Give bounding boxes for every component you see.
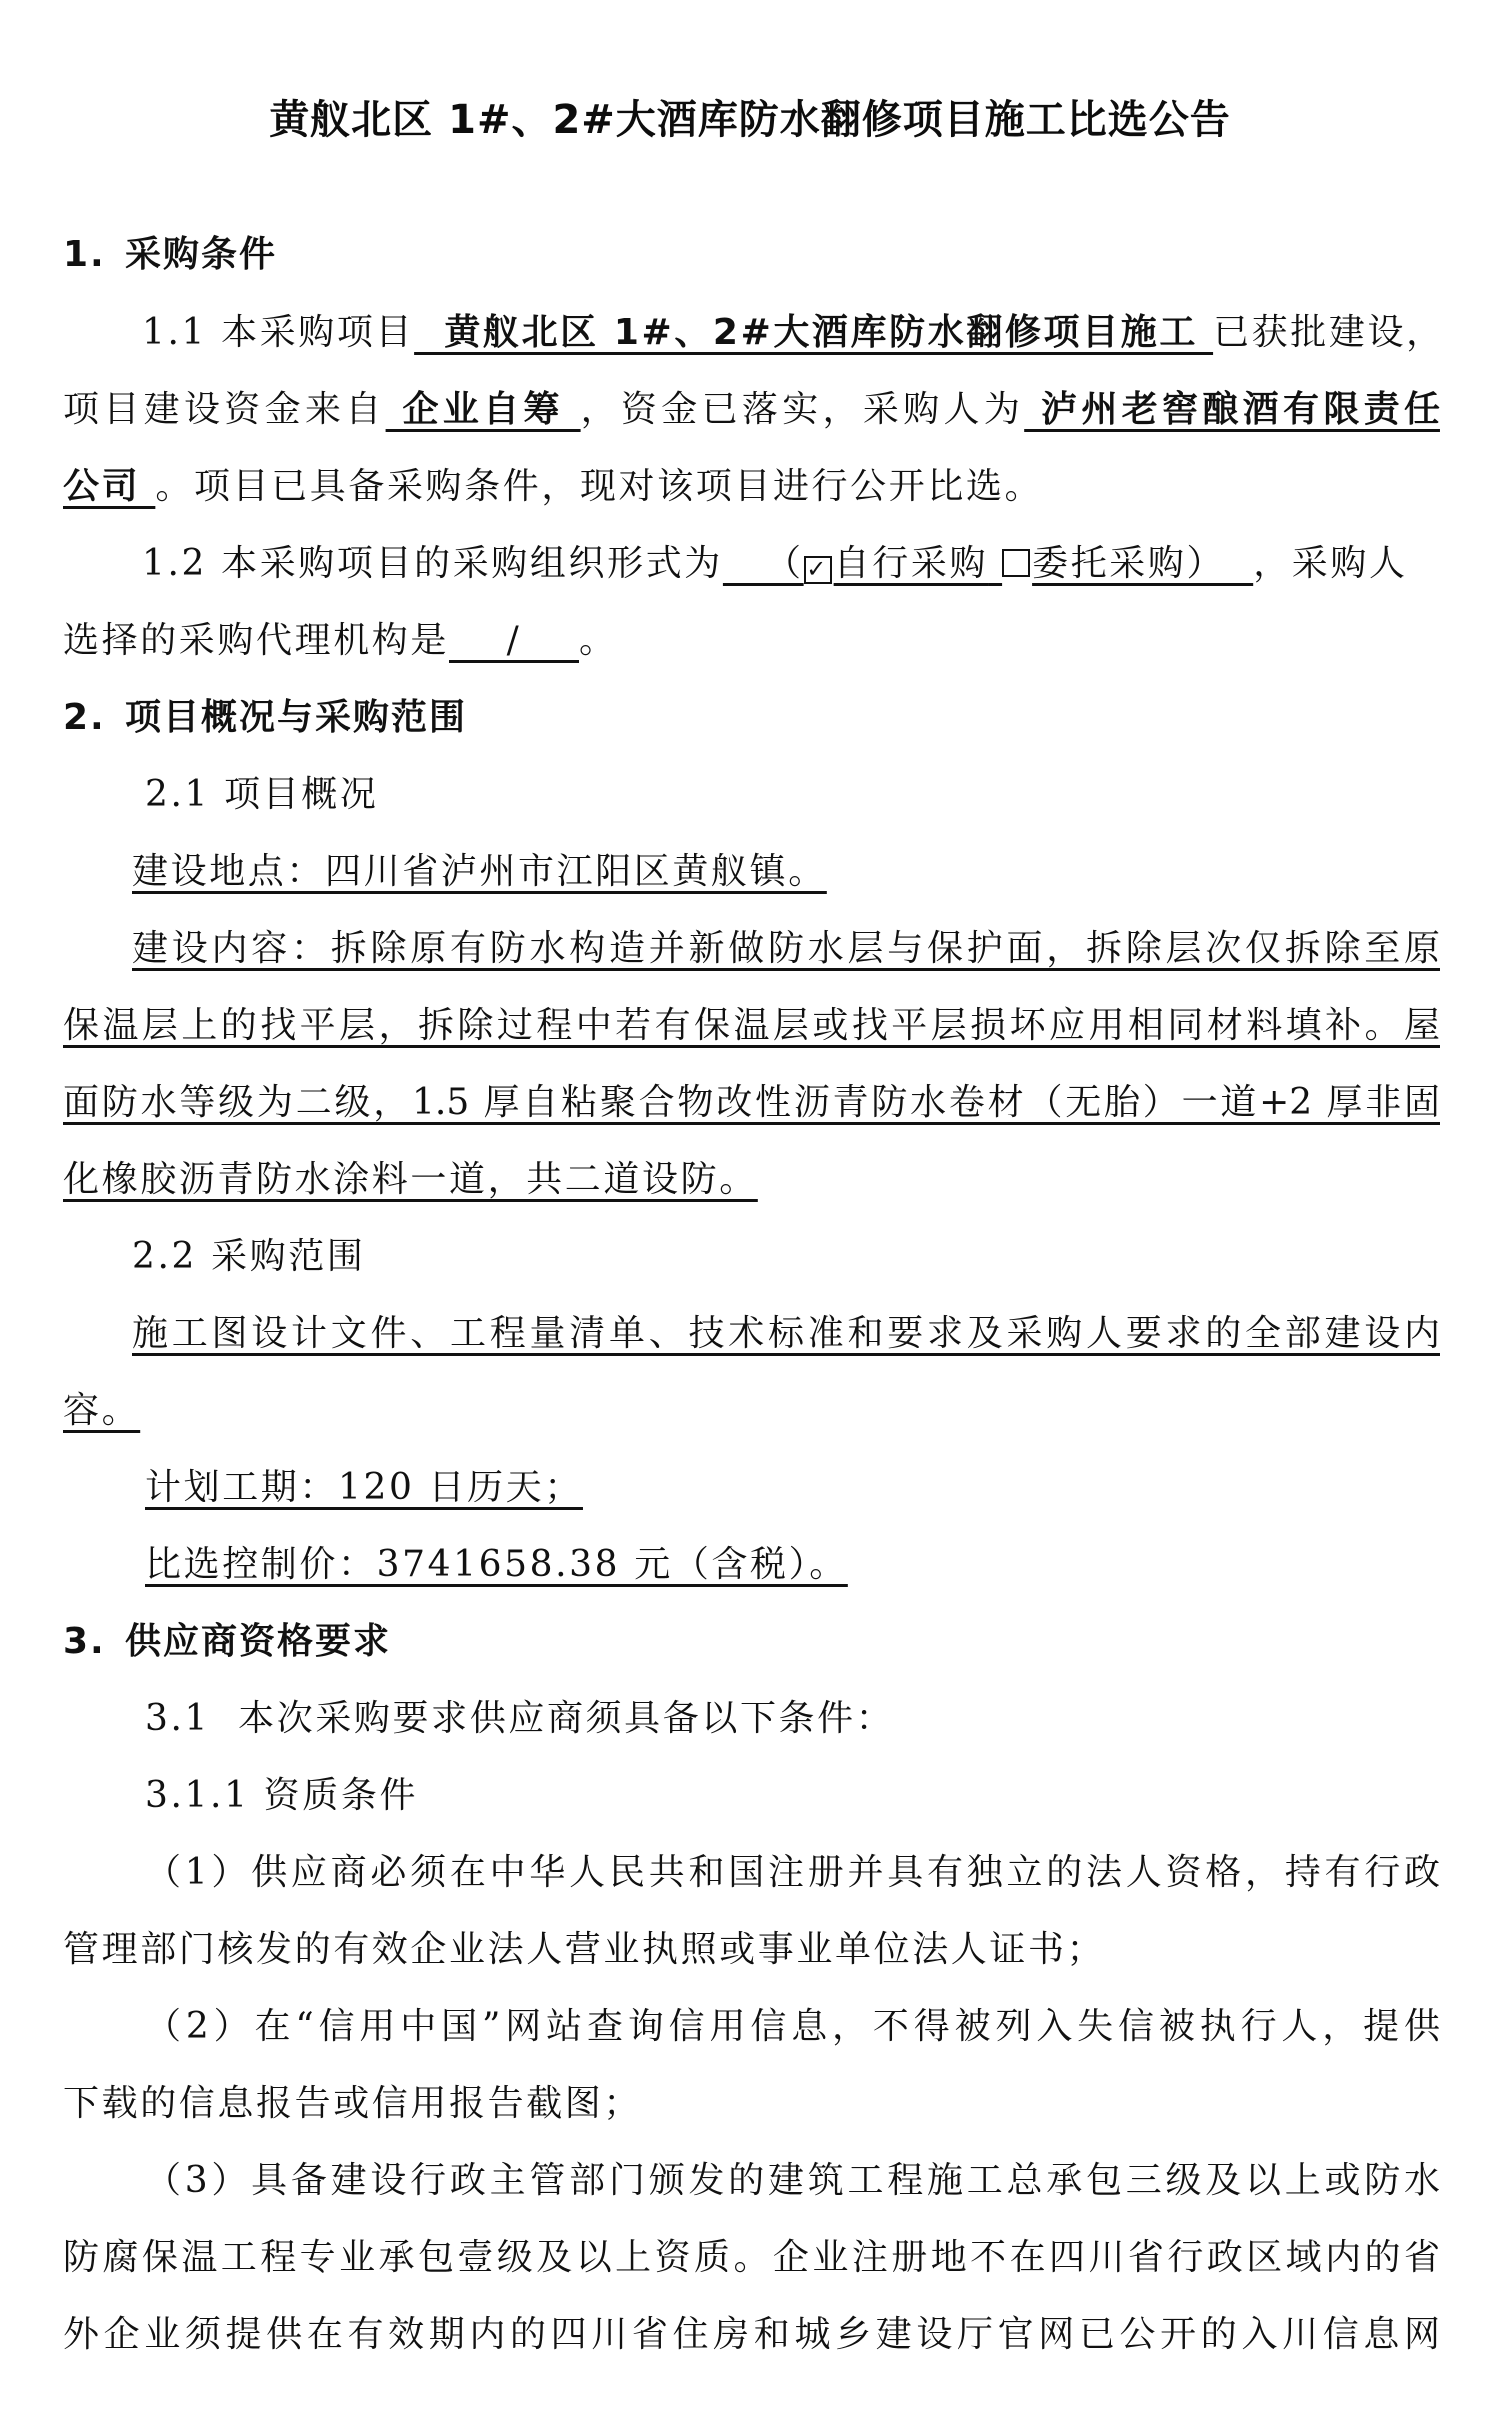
option-entrusted-procurement-label: 委托采购） xyxy=(1032,543,1253,584)
control-price: 比选控制价：3741658.38 元（含税）。 xyxy=(145,1540,848,1590)
requirement-1-line-1: （1）供应商必须在中华人民共和国注册并具有独立的法人资格，持有行政 xyxy=(145,1848,1440,1898)
text: （ xyxy=(723,543,804,584)
section-1-heading: 1.采购条件 xyxy=(63,230,277,280)
section-3-heading: 3.供应商资格要求 xyxy=(63,1617,391,1667)
subsection-3-1-1-heading: 3.1.1 资质条件 xyxy=(145,1771,418,1821)
requirement-2-line-2: 下载的信息报告或信用报告截图； xyxy=(63,2079,642,2129)
text: 项目建设资金来自 xyxy=(63,389,386,430)
text: 容。 xyxy=(63,1390,140,1431)
section-title: 采购条件 xyxy=(125,234,277,275)
requirement-2-line-1: （2）在“信用中国”网站查询信用信息，不得被列入失信被执行人，提供 xyxy=(145,2002,1440,2052)
section-number: 1. xyxy=(63,230,125,280)
text: 施工图设计文件、工程量清单、技术标准和要求及采购人要求的全部建设内 xyxy=(132,1313,1440,1354)
paragraph-1-1-line-2: 项目建设资金来自 企业自筹 ，资金已落实，采购人为 泸州老窖酿酒有限责任 xyxy=(63,385,1440,435)
requirement-3-line-3: 外企业须提供在有效期内的四川省住房和城乡建设厅官网已公开的入川信息网 xyxy=(63,2310,1440,2360)
construction-content-line-4: 化橡胶沥青防水涂料一道，共二道设防。 xyxy=(63,1155,758,1205)
paragraph-1-2-line-1: 1.2 本采购项目的采购组织形式为 （✓自行采购 委托采购） ，采购人 xyxy=(142,539,1408,589)
paragraph-1-1-line-1: 1.1 本采购项目 黄舣北区 1#、2#大酒库防水翻修项目施工 已获批建设， xyxy=(142,308,1445,358)
subsection-2-1-heading: 2.1 项目概况 xyxy=(145,770,379,820)
text: 化橡胶沥青防水涂料一道，共二道设防。 xyxy=(63,1159,758,1200)
subsection-3-1-heading: 3.1 本次采购要求供应商须具备以下条件： xyxy=(145,1694,894,1744)
requirement-3-line-2: 防腐保温工程专业承包壹级及以上资质。企业注册地不在四川省行政区域内的省 xyxy=(63,2233,1440,2283)
planned-schedule: 计划工期：120 日历天； xyxy=(145,1463,583,1513)
subsection-2-2-heading: 2.2 采购范围 xyxy=(132,1232,366,1282)
text: 建设地点：四川省泸州市江阳区黄舣镇。 xyxy=(132,851,827,892)
text: 。项目已具备采购条件，现对该项目进行公开比选。 xyxy=(155,466,1043,507)
procurement-scope-line-2: 容。 xyxy=(63,1386,140,1436)
paragraph-1-2-line-2: 选择的采购代理机构是/。 xyxy=(63,616,618,666)
procurement-scope-line-1: 施工图设计文件、工程量清单、技术标准和要求及采购人要求的全部建设内 xyxy=(132,1309,1440,1359)
funding-source-field: 企业自筹 xyxy=(386,389,581,430)
construction-content-line-3: 面防水等级为二级，1.5 厚自粘聚合物改性沥青防水卷材（无胎）一道+2 厚非固 xyxy=(63,1078,1440,1128)
text: 计划工期：120 日历天； xyxy=(145,1467,583,1508)
construction-content-line-1: 建设内容：拆除原有防水构造并新做防水层与保护面，拆除层次仅拆除至原 xyxy=(132,924,1440,974)
construction-location: 建设地点：四川省泸州市江阳区黄舣镇。 xyxy=(132,847,827,897)
text: 。 xyxy=(579,620,618,661)
section-2-heading: 2.项目概况与采购范围 xyxy=(63,693,467,743)
requirement-1-line-2: 管理部门核发的有效企业法人营业执照或事业单位法人证书； xyxy=(63,1925,1105,1975)
checkbox-entrusted-procurement-icon[interactable] xyxy=(1002,549,1030,577)
procurement-form-field: （✓自行采购 委托采购） xyxy=(723,543,1253,584)
requirement-3-line-1: （3）具备建设行政主管部门颁发的建筑工程施工总承包三级及以上或防水 xyxy=(145,2156,1440,2206)
text: ，资金已落实，采购人为 xyxy=(581,389,1025,430)
document-page: 黄舣北区 1#、2#大酒库防水翻修项目施工比选公告 1.采购条件 1.1 本采购… xyxy=(0,0,1500,2435)
text: 面防水等级为二级，1.5 厚自粘聚合物改性沥青防水卷材（无胎）一道+2 厚非固 xyxy=(63,1082,1440,1123)
text: 选择的采购代理机构是 xyxy=(63,620,449,661)
option-self-procurement-label: 自行采购 xyxy=(834,543,988,584)
text: 1.2 本采购项目的采购组织形式为 xyxy=(142,543,723,584)
text: 保温层上的找平层，拆除过程中若有保温层或找平层损坏应用相同材料填补。屋 xyxy=(63,1005,1440,1046)
text: 1.1 本采购项目 xyxy=(142,312,414,353)
construction-content-line-2: 保温层上的找平层，拆除过程中若有保温层或找平层损坏应用相同材料填补。屋 xyxy=(63,1001,1440,1051)
section-number: 2. xyxy=(63,693,125,743)
section-title: 供应商资格要求 xyxy=(125,1621,391,1662)
document-title: 黄舣北区 1#、2#大酒库防水翻修项目施工比选公告 xyxy=(0,92,1500,148)
text: ，采购人 xyxy=(1253,543,1407,584)
section-title: 项目概况与采购范围 xyxy=(125,697,467,738)
purchaser-field: 泸州老窖酿酒有限责任 xyxy=(1024,389,1440,430)
checkbox-self-procurement-checked-icon[interactable]: ✓ xyxy=(804,556,832,584)
paragraph-1-1-line-3: 公司 。项目已具备采购条件，现对该项目进行公开比选。 xyxy=(63,462,1043,512)
text: 比选控制价：3741658.38 元（含税）。 xyxy=(145,1544,848,1585)
text: 已获批建设， xyxy=(1213,312,1445,353)
project-name-field: 黄舣北区 1#、2#大酒库防水翻修项目施工 xyxy=(414,312,1213,353)
text: 建设内容：拆除原有防水构造并新做防水层与保护面，拆除层次仅拆除至原 xyxy=(132,928,1440,969)
section-number: 3. xyxy=(63,1617,125,1667)
purchaser-field-cont: 公司 xyxy=(63,466,155,507)
agency-field: / xyxy=(449,616,579,663)
